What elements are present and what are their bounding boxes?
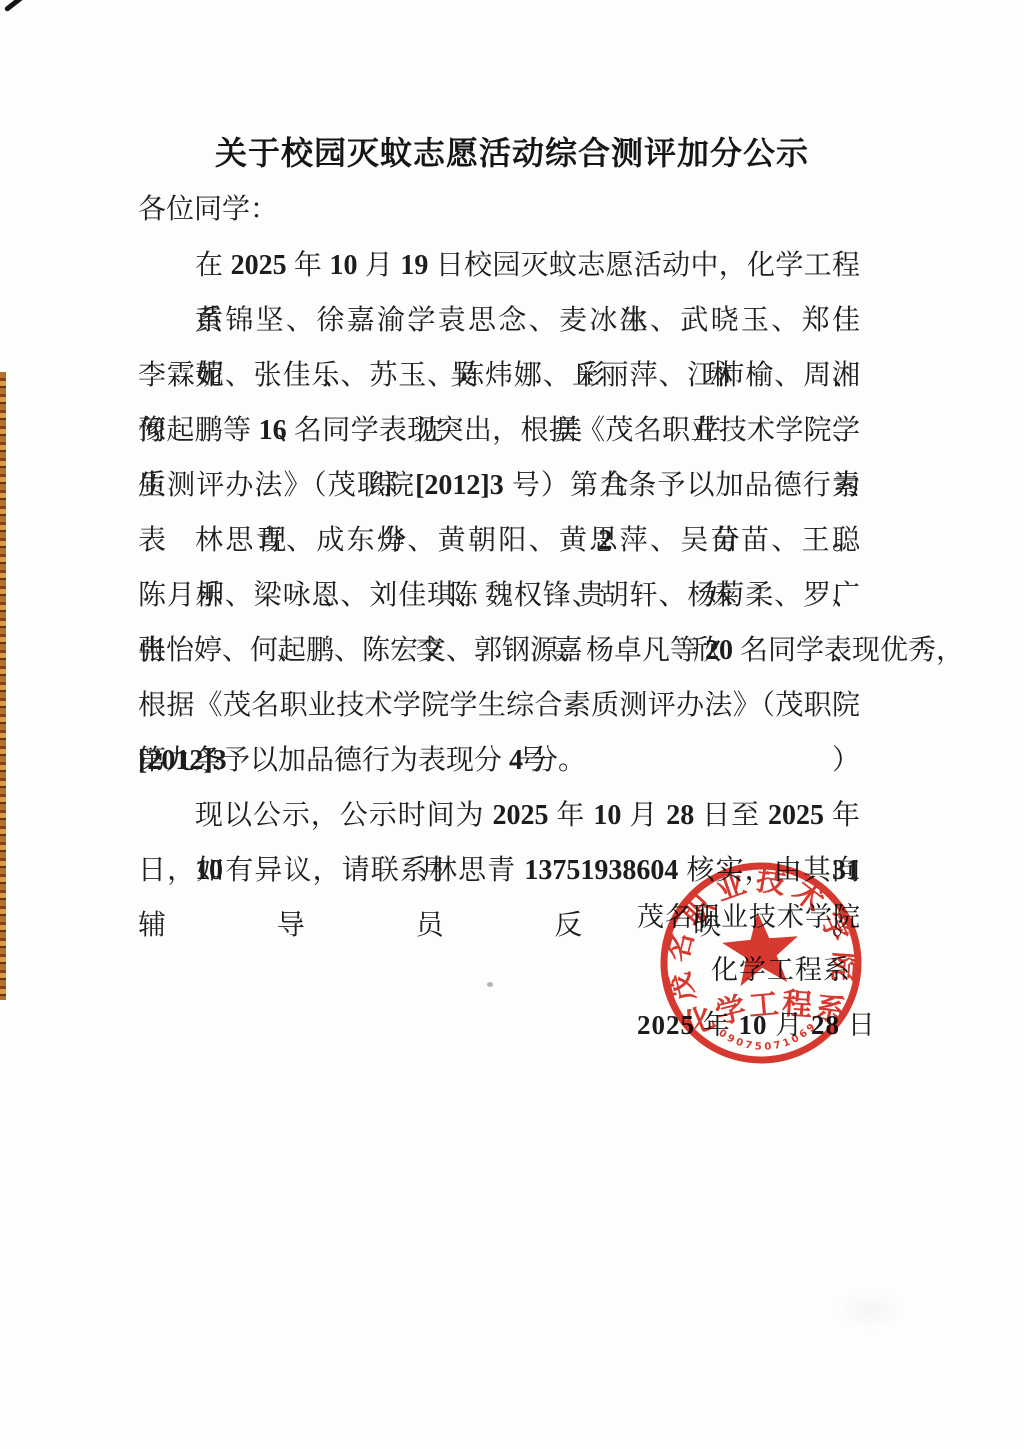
numeric-text: [2012]3: [415, 470, 504, 501]
numeric-text: 4: [509, 745, 523, 776]
numeric-text: 2025: [231, 250, 287, 281]
numeric-text: 2025: [492, 800, 548, 831]
official-seal: 茂名职业技术学院 化学工程系 09075071069: [641, 843, 882, 1084]
body-line: 现以公示，公示时间为 2025 年 10 月 28 日至 2025 年 10 月…: [138, 788, 860, 843]
salutation: 各位同学：: [138, 192, 278, 228]
body-line: 李霖妮、张佳乐、苏玉、陈炜娜、丘丽萍、江沛榆、周湘豫、沈美芹、: [138, 348, 860, 403]
body-line: 根据《茂名职业技术学院学生综合素质测评办法》（茂职院[2012]3 号）: [138, 678, 860, 733]
scan-speck: [487, 982, 493, 987]
seal-star-icon: [720, 909, 802, 988]
scanned-document-page: 关于校园灭蚊志愿活动综合测评加分公示 各位同学： 在 2025 年 10 月 1…: [0, 0, 1024, 1449]
body-line: 林思青、成东烨、黄朝阳、黄思萍、吴苗苗、王聪乐、陈贵妹、: [138, 513, 860, 568]
numeric-text: 10: [330, 250, 358, 281]
numeric-text: 28: [666, 800, 694, 831]
body-line: 张怡婷、何起鹏、陈宏文、郭钢源、杨卓凡等 20 名同学表现优秀，: [138, 623, 860, 678]
scan-pen-mark: [4, 0, 24, 12]
body-line: 何起鹏等 16 名同学表现突出，根据《茂名职业技术学院学生综合素: [138, 403, 860, 458]
body-lines: 在 2025 年 10 月 19 日校园灭蚊志愿活动中，化学工程系学生：黄锦坚、…: [138, 238, 860, 898]
numeric-text: 19: [400, 250, 428, 281]
numeric-text: 16: [259, 415, 287, 446]
body-line: 黄锦坚、徐嘉渝、袁思念、麦冰冰、武晓玉、郑佳茹、吴彩琳、: [138, 293, 860, 348]
numeric-text: 2025: [768, 800, 824, 831]
scan-smudge: [835, 1290, 905, 1330]
document-title: 关于校园灭蚊志愿活动综合测评加分公示: [0, 128, 1024, 174]
body-line: 在 2025 年 10 月 19 日校园灭蚊志愿活动中，化学工程系学生：: [138, 238, 860, 293]
body-line: 质测评办法》（茂职院[2012]3 号）第九条予以加品德行为表现分 2 分。: [138, 458, 860, 513]
scan-edge-artifact: [0, 372, 6, 1000]
official-seal-graphic: 茂名职业技术学院 化学工程系 09075071069: [641, 843, 882, 1084]
body-line: 陈月柳、梁咏恩、刘佳琪、魏权锋、胡轩、杨菊柔、罗广冉、李嘉欣、: [138, 568, 860, 623]
numeric-text: 20: [705, 635, 733, 666]
numeric-text: 10: [593, 800, 621, 831]
